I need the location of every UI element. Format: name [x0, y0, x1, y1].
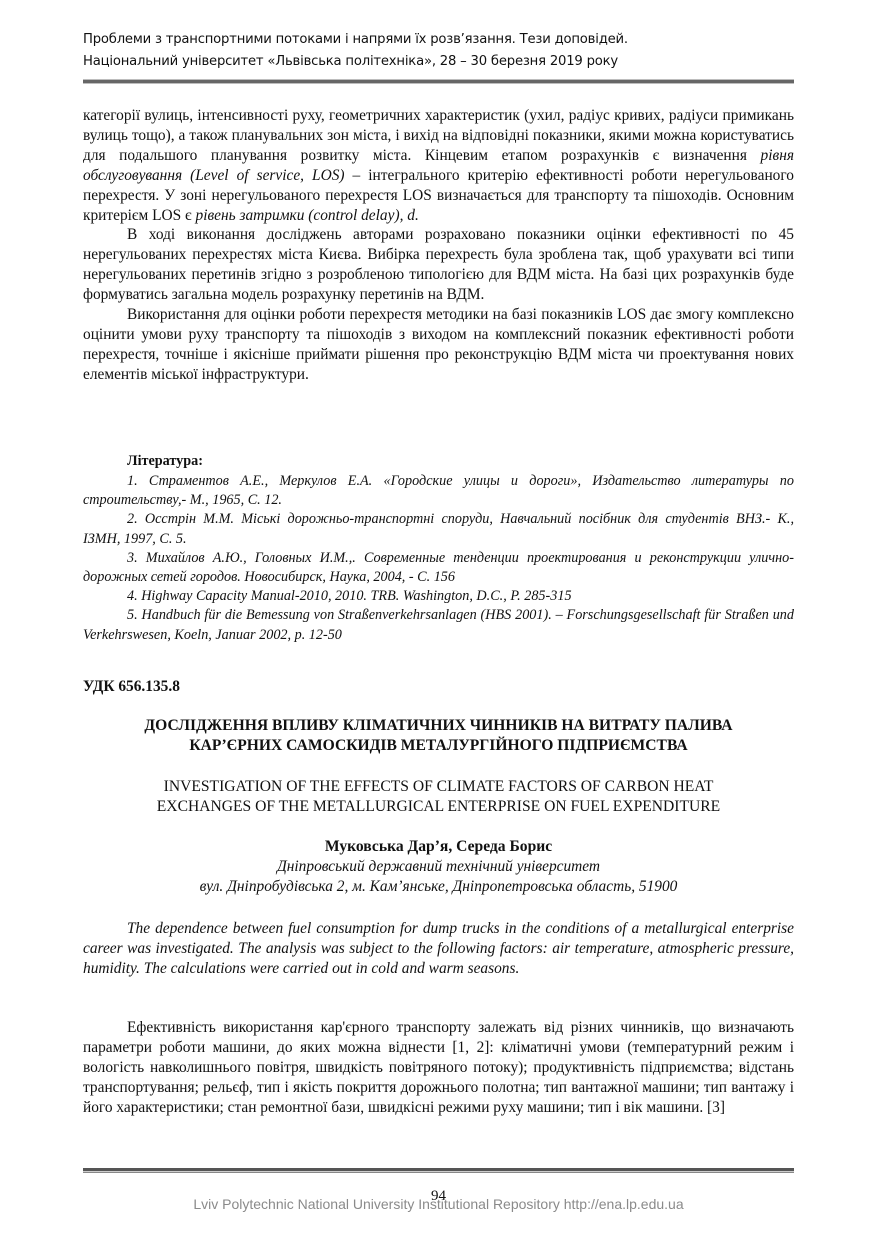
header-rule	[83, 79, 794, 84]
emphasis-control-delay: рівень затримки (control delay), d.	[196, 207, 419, 224]
article-affiliation: Дніпровський державний технічний універс…	[83, 857, 794, 897]
paragraph: В ході виконання досліджень авторами роз…	[83, 225, 794, 305]
header-line-1: Проблеми з транспортними потоками і напр…	[83, 29, 794, 51]
institution: Дніпровський державний технічний універс…	[83, 857, 794, 877]
article-title-ukrainian: ДОСЛІДЖЕННЯ ВПЛИВУ КЛІМАТИЧНИХ ЧИННИКІВ …	[83, 716, 794, 756]
article-title-english: INVESTIGATION OF THE EFFECTS OF CLIMATE …	[83, 777, 794, 817]
running-header: Проблеми з транспортними потоками і напр…	[83, 29, 794, 73]
abstract: The dependence between fuel consumption …	[83, 919, 794, 979]
header-line-2: Національний університет «Львівська полі…	[83, 51, 794, 73]
udk-code: УДК 656.135.8	[83, 678, 180, 696]
paragraph: категорії вулиць, інтенсивності руху, ге…	[83, 106, 794, 225]
paragraph: Використання для оцінки роботи перехрест…	[83, 305, 794, 385]
article-body: Ефективність використання кар'єрного тра…	[83, 1018, 794, 1118]
reference-item: 3. Михайлов А.Ю., Головных И.М.,. Соврем…	[83, 549, 794, 587]
reference-item: 5. Handbuch für die Bemessung von Straße…	[83, 606, 794, 644]
reference-item: 1. Страментов А.Е., Меркулов Е.А. «Город…	[83, 472, 794, 510]
article-authors: Муковська Дар’я, Середа Борис	[83, 837, 794, 857]
page-number: 94	[83, 1188, 794, 1205]
footer-rule	[83, 1168, 794, 1173]
previous-article-continuation: категорії вулиць, інтенсивності руху, ге…	[83, 106, 794, 385]
address: вул. Дніпробудівська 2, м. Кам’янське, Д…	[83, 877, 794, 897]
references-heading: Література:	[83, 452, 794, 472]
reference-item: 2. Осстрін М.М. Міські дорожньо-транспор…	[83, 510, 794, 548]
reference-item: 4. Highway Capacity Manual-2010, 2010. T…	[83, 587, 794, 606]
paragraph: Ефективність використання кар'єрного тра…	[83, 1018, 794, 1118]
references-section: Література: 1. Страментов А.Е., Меркулов…	[83, 452, 794, 645]
